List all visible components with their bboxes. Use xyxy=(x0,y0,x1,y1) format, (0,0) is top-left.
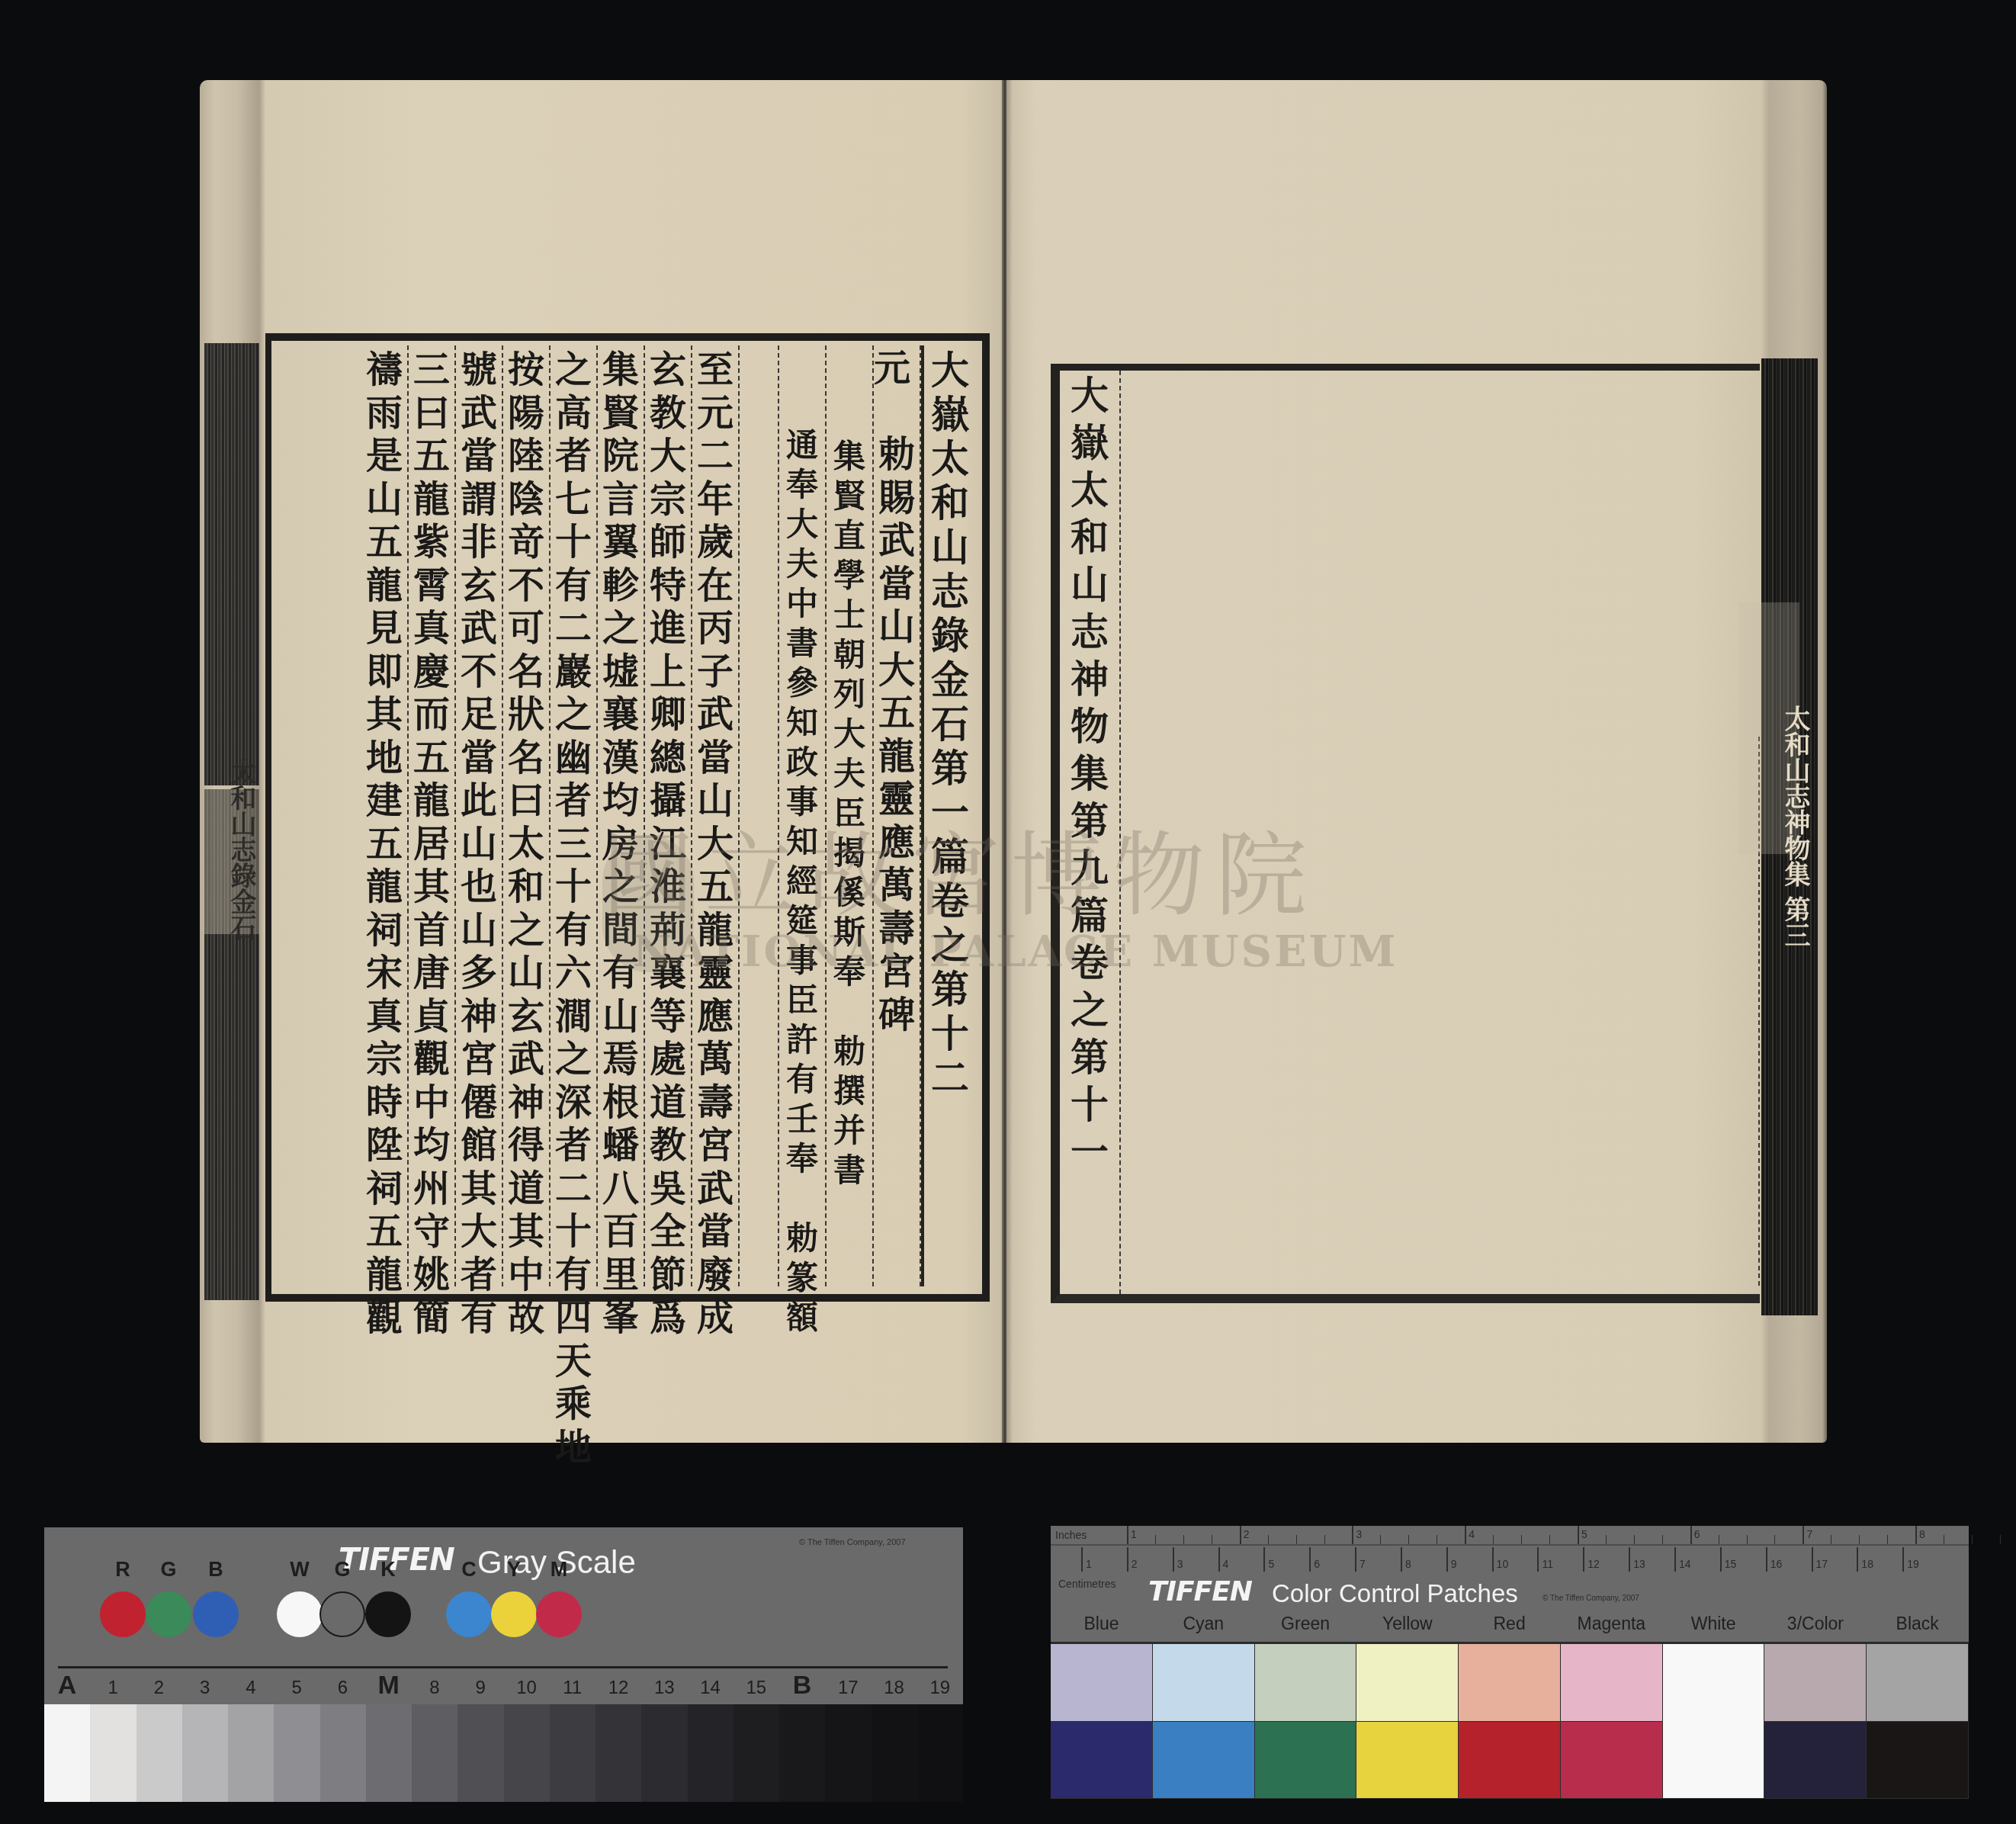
character: 有 xyxy=(555,1254,592,1297)
character: 和 xyxy=(931,481,969,525)
blank-column xyxy=(740,345,779,1286)
open-book: 太和山志錄金石 大嶽太和山志錄金石第一篇卷之第十二元 勅賜武當山大五龍靈應萬壽宮… xyxy=(200,80,1827,1443)
character: 和 xyxy=(508,865,544,909)
character: 其 xyxy=(508,1210,544,1254)
character: 者 xyxy=(555,1124,592,1167)
character: 大 xyxy=(697,823,734,866)
character: 武 xyxy=(461,607,497,650)
character: 建 xyxy=(366,779,403,823)
dot-label-w: W xyxy=(277,1558,323,1582)
character: 等 xyxy=(650,995,686,1039)
sub-tick xyxy=(1747,1535,1748,1544)
character: 夫 xyxy=(833,754,865,794)
character: 唐 xyxy=(413,952,450,995)
character: 道 xyxy=(650,1081,686,1125)
text-column: 元 勅賜武當山大五龍靈應萬壽宮碑 xyxy=(874,345,921,1286)
character: 十 xyxy=(931,1012,969,1056)
character: 上 xyxy=(650,650,686,694)
inches-label: Inches xyxy=(1055,1529,1087,1541)
color-dot-k-icon xyxy=(365,1591,411,1637)
sub-tick xyxy=(1662,1535,1663,1544)
character: 志 xyxy=(931,570,969,614)
patch-magenta-light xyxy=(1561,1644,1663,1722)
sub-tick xyxy=(1549,1535,1550,1544)
cm-number: 15 xyxy=(1725,1558,1737,1570)
step-label: 9 xyxy=(461,1678,499,1699)
cm-tick xyxy=(1583,1547,1584,1572)
character: 八 xyxy=(602,1167,639,1211)
character: 僊 xyxy=(461,1081,497,1125)
character: 宮 xyxy=(461,1038,497,1081)
character: 武 xyxy=(461,392,497,435)
character: 朝 xyxy=(833,635,865,675)
color-dot-m-icon xyxy=(536,1591,582,1637)
character: 均 xyxy=(413,1124,450,1167)
inch-tick xyxy=(1240,1526,1241,1544)
character: 九 xyxy=(1071,845,1109,892)
character: 中 xyxy=(413,1081,450,1125)
sub-tick xyxy=(1634,1535,1635,1544)
character: 狀 xyxy=(508,693,544,737)
character: 之 xyxy=(602,607,639,650)
character: 應 xyxy=(697,995,734,1039)
character: 非 xyxy=(461,521,497,564)
character: 祠 xyxy=(366,1167,403,1211)
character: 七 xyxy=(555,478,592,522)
character: 神 xyxy=(1071,656,1109,703)
character: 子 xyxy=(697,650,734,694)
step-label: 12 xyxy=(599,1678,637,1699)
character: 山 xyxy=(1071,561,1109,609)
character: 龍 xyxy=(697,909,734,952)
cm-tick xyxy=(1081,1547,1083,1572)
character: 志 xyxy=(1071,609,1109,656)
character: 山 xyxy=(697,779,734,823)
character: 霄 xyxy=(413,564,450,608)
character: 龍 xyxy=(366,564,403,608)
character: 玄 xyxy=(650,348,686,392)
character: 大 xyxy=(786,505,818,544)
right-page-text-frame: 大嶽太和山志神物集第九篇卷之第十一 xyxy=(1051,364,1760,1303)
character: 中 xyxy=(508,1254,544,1297)
left-fore-edge-label: 太和山志錄金石 xyxy=(223,759,260,940)
step-label: M xyxy=(370,1671,408,1700)
cm-number: 12 xyxy=(1587,1558,1600,1570)
cm-tick xyxy=(1902,1547,1904,1572)
color-dot-w-icon xyxy=(277,1591,323,1637)
character: 參 xyxy=(786,663,818,703)
character: 篇 xyxy=(1071,892,1109,939)
character: 武 xyxy=(697,1167,734,1211)
patch-label-cyan: Cyan xyxy=(1153,1614,1254,1634)
inch-tick xyxy=(1803,1526,1804,1544)
character: 館 xyxy=(461,1124,497,1167)
sub-tick xyxy=(1212,1535,1212,1544)
patch-red-light xyxy=(1459,1644,1561,1722)
character: 十 xyxy=(555,865,592,909)
character: 第 xyxy=(1071,798,1109,845)
patch-label-magenta: Magenta xyxy=(1561,1614,1662,1634)
character: 五 xyxy=(366,1210,403,1254)
character: 爲 xyxy=(650,1296,686,1340)
patch-3-color-dark xyxy=(1764,1722,1867,1800)
scale-rule xyxy=(58,1666,948,1668)
character: 勅 xyxy=(833,1032,865,1071)
character: 處 xyxy=(650,1038,686,1081)
sub-tick xyxy=(1887,1535,1888,1544)
character: 澗 xyxy=(555,995,592,1039)
gray-step xyxy=(550,1704,595,1802)
right-page: 大嶽太和山志神物集第九篇卷之第十一 太和山志神物集 第三 xyxy=(1006,80,1827,1443)
inch-number: 5 xyxy=(1581,1528,1587,1540)
character: 教 xyxy=(650,1124,686,1167)
gray-step xyxy=(44,1704,90,1802)
cm-number: 4 xyxy=(1223,1558,1229,1570)
step-label: 17 xyxy=(829,1678,867,1699)
dot-label-m: M xyxy=(536,1558,582,1582)
dot-label-b: B xyxy=(193,1558,239,1582)
inch-number: 2 xyxy=(1244,1528,1250,1540)
character: 事 xyxy=(786,941,818,981)
character: 紫 xyxy=(413,521,450,564)
color-dot-g-icon xyxy=(319,1591,365,1637)
character: 道 xyxy=(508,1167,544,1211)
character: 其 xyxy=(461,1167,497,1211)
color-patch-grid xyxy=(1051,1642,1969,1799)
character: 十 xyxy=(555,1210,592,1254)
gray-step xyxy=(825,1704,871,1802)
cm-number: 14 xyxy=(1679,1558,1691,1570)
inch-number: 6 xyxy=(1694,1528,1700,1540)
step-label: 15 xyxy=(737,1678,775,1699)
character: 當 xyxy=(461,737,497,780)
character: 大 xyxy=(650,435,686,478)
character: 經 xyxy=(786,862,818,901)
character: 即 xyxy=(366,650,403,694)
character: 此 xyxy=(461,779,497,823)
character: 勅 xyxy=(786,1219,818,1258)
character: 第 xyxy=(931,747,969,791)
character: 賢 xyxy=(602,392,639,435)
character: 二 xyxy=(697,435,734,478)
cm-tick xyxy=(1674,1547,1676,1572)
character: 玄 xyxy=(508,995,544,1039)
patch-black-dark xyxy=(1867,1722,1969,1800)
character: 通 xyxy=(786,425,818,465)
inch-tick xyxy=(1578,1526,1579,1544)
character: 龍 xyxy=(413,779,450,823)
inch-number: 1 xyxy=(1131,1528,1137,1540)
character: 書 xyxy=(786,624,818,663)
cm-tick xyxy=(1720,1547,1722,1572)
character: 壬 xyxy=(786,1100,818,1139)
character: 者 xyxy=(461,1254,497,1297)
color-control-title: Color Control Patches xyxy=(1272,1579,1518,1608)
character: 州 xyxy=(413,1167,450,1211)
character: 之 xyxy=(931,923,969,968)
character: 全 xyxy=(650,1210,686,1254)
character: 當 xyxy=(697,737,734,780)
text-column: 集賢直學士朝列大夫臣揭傒斯奉 勅撰并書 xyxy=(827,345,874,1286)
character: 百 xyxy=(602,1210,639,1254)
character: 書 xyxy=(833,1151,865,1190)
dot-label-r: R xyxy=(100,1558,146,1582)
character: 神 xyxy=(508,1081,544,1125)
character: 丙 xyxy=(697,607,734,650)
character: 當 xyxy=(697,1210,734,1254)
text-column: 集賢院言翼軫之墟襄漢均房之間有山焉根蟠八百里峯 xyxy=(598,345,645,1286)
character: 真 xyxy=(366,995,403,1039)
character: 靈 xyxy=(697,952,734,995)
spacer xyxy=(833,992,865,1032)
character: 列 xyxy=(833,675,865,715)
cm-number: 17 xyxy=(1816,1558,1828,1570)
cm-number: 19 xyxy=(1907,1558,1919,1570)
color-dot-g-icon xyxy=(146,1591,191,1637)
sub-tick xyxy=(1155,1535,1156,1544)
inch-tick xyxy=(1127,1526,1128,1544)
patch-label-yellow: Yellow xyxy=(1356,1614,1458,1634)
character: 院 xyxy=(602,435,639,478)
character: 宮 xyxy=(878,950,915,994)
patch-blue-dark xyxy=(1051,1722,1153,1800)
character: 可 xyxy=(508,607,544,650)
character: 根 xyxy=(602,1081,639,1125)
sub-tick xyxy=(1972,1535,1973,1544)
step-label: 11 xyxy=(554,1678,592,1699)
inch-number: 4 xyxy=(1469,1528,1475,1540)
tiffen-color-control-card: 1234567812345678910111213141516171819 In… xyxy=(1051,1526,1969,1799)
patch-red-dark xyxy=(1459,1722,1561,1800)
sub-tick xyxy=(1183,1535,1184,1544)
gray-step xyxy=(504,1704,550,1802)
character: 第 xyxy=(1071,1034,1109,1081)
gray-step xyxy=(872,1704,917,1802)
character: 師 xyxy=(650,521,686,564)
character: 第 xyxy=(931,968,969,1012)
character: 龍 xyxy=(366,1254,403,1297)
patch-green-light xyxy=(1255,1644,1357,1722)
character: 其 xyxy=(413,865,450,909)
character: 集 xyxy=(1071,750,1109,798)
gray-step xyxy=(136,1704,182,1802)
character: 奉 xyxy=(786,465,818,505)
character: 在 xyxy=(697,564,734,608)
character: 觀 xyxy=(413,1038,450,1081)
character: 一 xyxy=(1071,1129,1109,1176)
character: 二 xyxy=(555,1167,592,1211)
cm-tick xyxy=(1857,1547,1858,1572)
right-page-header-column: 大嶽太和山志神物集第九篇卷之第十一 xyxy=(1060,371,1121,1294)
cm-tick xyxy=(1218,1547,1220,1572)
character: 雨 xyxy=(366,392,403,435)
character: 奉 xyxy=(833,952,865,992)
character: 節 xyxy=(650,1254,686,1297)
patch-yellow-dark xyxy=(1356,1722,1459,1800)
patch-magenta-dark xyxy=(1561,1722,1663,1800)
character: 首 xyxy=(413,909,450,952)
gray-step xyxy=(641,1704,687,1802)
patch-label-black: Black xyxy=(1867,1614,1968,1634)
character: 卷 xyxy=(931,879,969,923)
cm-number: 7 xyxy=(1360,1558,1366,1570)
character: 教 xyxy=(650,392,686,435)
character: 巖 xyxy=(555,650,592,694)
character: 石 xyxy=(931,702,969,747)
color-dot-r-icon xyxy=(100,1591,146,1637)
character: 墟 xyxy=(602,650,639,694)
left-page-text-frame: 大嶽太和山志錄金石第一篇卷之第十二元 勅賜武當山大五龍靈應萬壽宮碑集賢直學士朝列… xyxy=(265,333,990,1302)
sub-tick xyxy=(1324,1535,1325,1544)
character: 大 xyxy=(461,1210,497,1254)
cm-tick xyxy=(1173,1547,1174,1572)
character: 之 xyxy=(555,348,592,392)
cm-number: 16 xyxy=(1770,1558,1783,1570)
character: 時 xyxy=(366,1081,403,1125)
step-label: B xyxy=(783,1671,821,1700)
cm-tick xyxy=(1812,1547,1813,1572)
inch-number: 7 xyxy=(1806,1528,1812,1540)
character: 勅 xyxy=(878,433,915,477)
cm-number: 2 xyxy=(1132,1558,1138,1570)
centimetres-label: Centimetres xyxy=(1058,1578,1116,1590)
cm-number: 13 xyxy=(1633,1558,1645,1570)
watermark-seal xyxy=(602,835,694,972)
character: 言 xyxy=(602,478,639,522)
character: 曰 xyxy=(413,392,450,435)
inch-tick xyxy=(1690,1526,1692,1544)
character: 攝 xyxy=(650,779,686,823)
gray-step xyxy=(917,1704,963,1802)
text-columns: 大嶽太和山志錄金石第一篇卷之第十二元 勅賜武當山大五龍靈應萬壽宮碑集賢直學士朝列… xyxy=(278,345,976,1286)
character: 深 xyxy=(555,1081,592,1125)
patch-label-white: White xyxy=(1663,1614,1764,1634)
character: 宮 xyxy=(697,1124,734,1167)
character: 揭 xyxy=(833,833,865,873)
character: 成 xyxy=(697,1296,734,1340)
sub-tick xyxy=(1296,1535,1297,1544)
cm-tick xyxy=(1629,1547,1630,1572)
character: 吳 xyxy=(650,1167,686,1211)
character: 學 xyxy=(833,556,865,596)
fore-edge-ink-bottom xyxy=(204,934,259,1300)
text-column: 按陽陸陰竒不可名狀名曰太和之山玄武神得道其中故 xyxy=(503,345,551,1286)
character: 賢 xyxy=(833,477,865,516)
character: 太 xyxy=(508,823,544,866)
patch-yellow-light xyxy=(1356,1644,1459,1722)
character: 陞 xyxy=(366,1124,403,1167)
step-label: A xyxy=(48,1671,86,1700)
character: 篇 xyxy=(931,835,969,879)
character: 大 xyxy=(1071,372,1109,419)
character: 武 xyxy=(697,693,734,737)
patch-label-blue: Blue xyxy=(1051,1614,1152,1634)
character: 姚 xyxy=(413,1254,450,1297)
character: 山 xyxy=(931,525,969,570)
character: 山 xyxy=(461,823,497,866)
right-fore-edge-label: 太和山志神物集 第三 xyxy=(1777,705,1814,948)
character: 夫 xyxy=(786,544,818,584)
dot-label-y: Y xyxy=(491,1558,537,1582)
character: 焉 xyxy=(602,1038,639,1081)
character: 之 xyxy=(555,693,592,737)
character: 有 xyxy=(461,1296,497,1340)
character: 五 xyxy=(366,823,403,866)
character: 武 xyxy=(878,519,915,563)
sub-tick xyxy=(1521,1535,1522,1544)
character: 貞 xyxy=(413,995,450,1039)
character: 三 xyxy=(555,823,592,866)
character: 事 xyxy=(786,782,818,822)
text-column: 至元二年歲在丙子武當山大五龍靈應萬壽宮武當廢成 xyxy=(692,345,740,1286)
character: 進 xyxy=(650,607,686,650)
character: 碑 xyxy=(878,994,915,1037)
character: 嶽 xyxy=(1071,419,1109,467)
cm-tick xyxy=(1355,1547,1356,1572)
character: 篆 xyxy=(786,1258,818,1298)
fore-edge-ink-top xyxy=(204,343,259,785)
character: 名 xyxy=(508,650,544,694)
text-column: 之高者七十有二巖之幽者三十有六澗之深者二十有四天乘地 xyxy=(551,345,598,1286)
character: 錄 xyxy=(931,614,969,658)
sub-tick xyxy=(1831,1535,1831,1544)
character: 宗 xyxy=(366,1038,403,1081)
patch-black-light xyxy=(1867,1644,1969,1722)
character: 陰 xyxy=(508,478,544,522)
text-column: 禱雨是山五龍見即其地建五龍祠宋真宗時陞祠五龍觀 xyxy=(361,345,409,1286)
character: 特 xyxy=(650,564,686,608)
cm-number: 9 xyxy=(1451,1558,1457,1570)
character: 真 xyxy=(413,607,450,650)
character: 壽 xyxy=(697,1081,734,1125)
character: 中 xyxy=(786,584,818,624)
character: 地 xyxy=(555,1426,592,1469)
color-dot-c-icon xyxy=(446,1591,492,1637)
character: 之 xyxy=(508,909,544,952)
sub-tick xyxy=(1493,1535,1494,1544)
character: 大 xyxy=(833,715,865,754)
character: 有 xyxy=(555,564,592,608)
gray-step xyxy=(320,1704,366,1802)
character: 觀 xyxy=(366,1296,403,1340)
character: 三 xyxy=(413,348,450,392)
sub-tick xyxy=(1408,1535,1409,1544)
character: 賜 xyxy=(878,477,915,520)
character: 太 xyxy=(931,437,969,481)
step-label: 18 xyxy=(875,1678,913,1699)
character: 許 xyxy=(786,1020,818,1060)
character: 神 xyxy=(461,995,497,1039)
gray-steps xyxy=(44,1704,963,1802)
gray-step xyxy=(457,1704,503,1802)
inch-tick xyxy=(1465,1526,1466,1544)
character: 當 xyxy=(461,435,497,478)
character: 大 xyxy=(931,348,969,393)
character: 者 xyxy=(555,435,592,478)
character: 集 xyxy=(833,437,865,477)
step-label: 1 xyxy=(94,1678,132,1699)
sub-tick xyxy=(1859,1535,1860,1544)
character: 足 xyxy=(461,693,497,737)
dot-label-g: G xyxy=(319,1558,365,1582)
spacer xyxy=(786,1179,818,1219)
character: 五 xyxy=(878,692,915,735)
gray-step xyxy=(366,1704,412,1802)
character: 祠 xyxy=(366,909,403,952)
character: 山 xyxy=(461,909,497,952)
sub-tick xyxy=(2000,1535,2001,1544)
text-column: 號武當謂非玄武不足當此山也山多神宮僊館其大者有 xyxy=(456,345,503,1286)
